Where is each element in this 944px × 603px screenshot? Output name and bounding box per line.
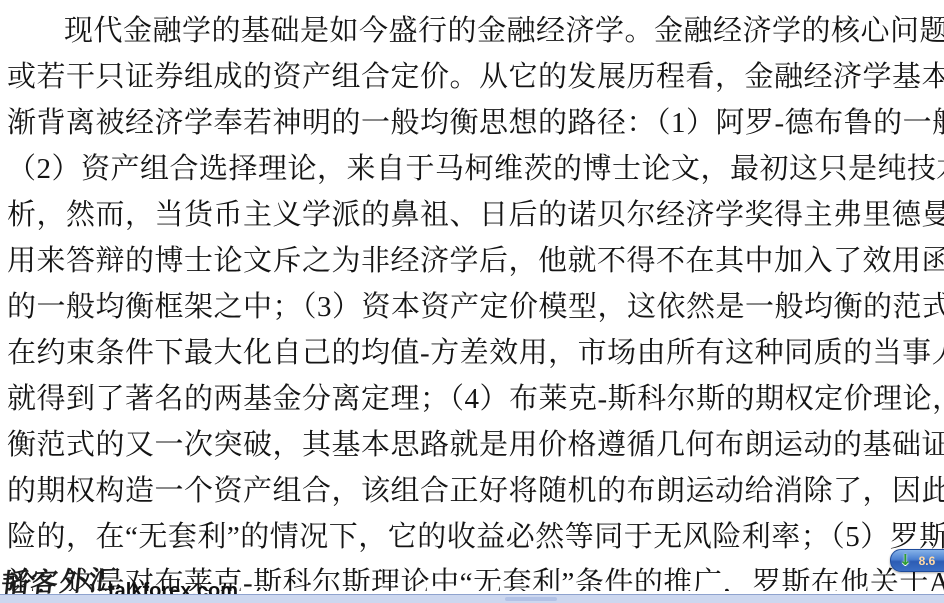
paragraph-line: 析，然而，当货币主义学派的鼻祖、日后的诺贝尔经济学奖得主弗里德曼将马柯维茨准备 [0,192,944,238]
scrollbar-thumb[interactable] [505,597,557,601]
download-badge-value: 8.6 [919,555,936,567]
paragraph-line: 的期权构造一个资产组合，该组合正好将随机的布朗运动给消除了，因此，组合就是无风 [0,468,944,514]
paragraph-line: 现代金融学的基础是如今盛行的金融经济学。金融经济学的核心问题是为单只的证券 [0,8,944,54]
paragraph-line: 就得到了著名的两基金分离定理；（4）布莱克-斯科尔斯的期权定价理论，这是对一般均 [0,376,944,422]
download-badge[interactable]: ↓ 8.6 [890,549,944,572]
scanned-page: 现代金融学的基础是如今盛行的金融经济学。金融经济学的核心问题是为单只的证券 或若… [0,8,944,603]
horizontal-scrollbar[interactable] [0,594,944,603]
paragraph-line: 衡范式的又一次突破，其基本思路就是用价格遵循几何布朗运动的基础证券同基于该证券 [0,422,944,468]
paragraph-line: （2）资产组合选择理论，来自于马柯维茨的博士论文，最初这只是纯技术性的组合选择分 [0,146,944,192]
paragraph-line: 险的，在“无套利”的情况下，它的收益必然等同于无风险利率；（5）罗斯的套利定价理 [0,514,944,560]
paragraph-line: 用来答辩的博士论文斥之为非经济学后，他就不得不在其中加入了效用函数，以融入主流 [0,238,944,284]
paragraph-line: 渐背离被经济学奉若神明的一般均衡思想的路径：（1）阿罗-德布鲁的一般均衡存在定理… [0,100,944,146]
paragraph-line: 或若干只证券组成的资产组合定价。从它的发展历程看，金融经济学基本上遵循了一条逐 [0,54,944,100]
download-arrow-icon: ↓ [899,553,912,568]
paragraph-line: 的一般均衡框架之中；（3）资本资产定价模型，这依然是一般均衡的范式——个体当事人 [0,284,944,330]
paragraph-line: 在约束条件下最大化自己的均值-方差效用，市场由所有这种同质的当事人组成，在均衡时 [0,330,944,376]
